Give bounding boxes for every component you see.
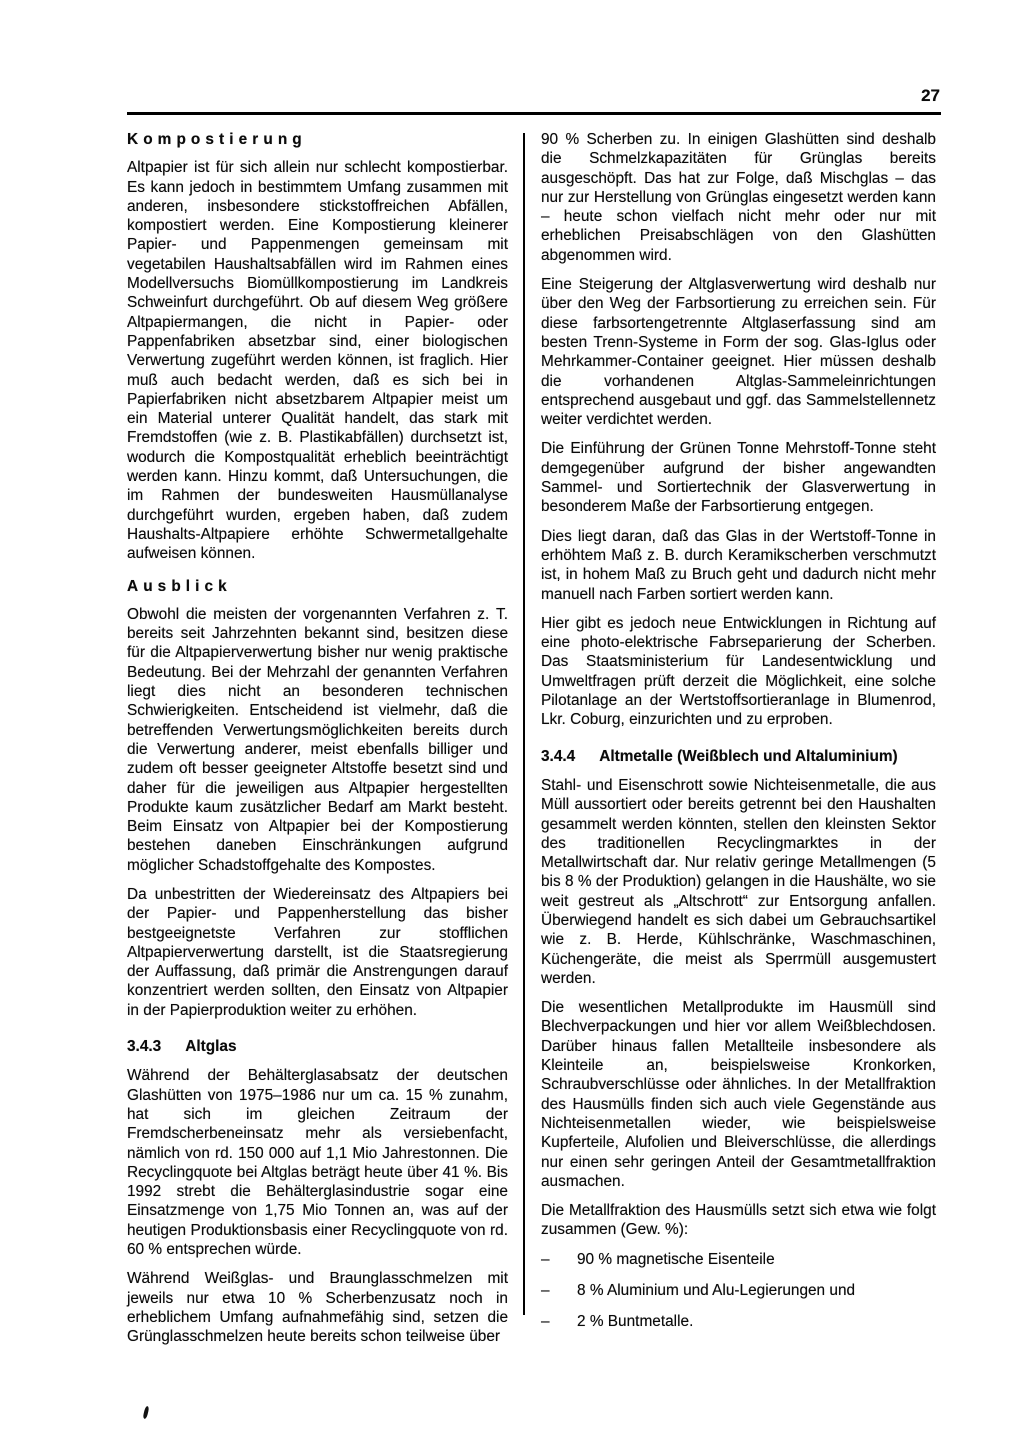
paragraph-wertstoff-tonne: Dies liegt daran, daß das Glas in der We…	[541, 527, 936, 604]
paragraph-altglas-2: Während Weißglas- und Braunglasschmelzen…	[127, 1269, 508, 1346]
paragraph-continuation: 90 % Scherben zu. In einigen Glashütten …	[541, 130, 936, 265]
header-rule	[127, 112, 941, 115]
section-heading-ausblick: Ausblick	[127, 577, 508, 596]
paragraph-pilotanlage: Hier gibt es jedoch neue Entwicklungen i…	[541, 614, 936, 730]
section-title: Altmetalle (Weißblech und Altaluminium)	[599, 748, 897, 765]
paragraph-altmetalle-1: Stahl- und Eisenschrott sowie Nichteisen…	[541, 776, 936, 988]
list-dash: –	[541, 1250, 550, 1269]
list-item: – 2 % Buntmetalle.	[541, 1312, 936, 1331]
paragraph-kompostierung-1: Altpapier ist für sich allein nur schlec…	[127, 158, 508, 563]
section-number: 3.4.3	[127, 1037, 161, 1056]
paragraph-altmetalle-3: Die Metallfraktion des Hausmülls setzt s…	[541, 1201, 936, 1240]
list-dash: –	[541, 1312, 550, 1331]
paragraph-altglas-1: Während der Behälterglasabsatz der deuts…	[127, 1066, 508, 1259]
left-column: Kompostierung Altpapier ist für sich all…	[127, 130, 508, 1357]
section-heading-kompostierung: Kompostierung	[127, 130, 508, 149]
right-column: 90 % Scherben zu. In einigen Glashütten …	[541, 130, 936, 1344]
scan-artifact	[142, 1406, 149, 1420]
list-item: – 90 % magnetische Eisenteile	[541, 1250, 936, 1269]
paragraph-farbsortierung: Eine Steigerung der Altglasverwertung wi…	[541, 275, 936, 429]
list-item-text: 8 % Aluminium und Alu-Legierungen und	[577, 1282, 855, 1299]
section-heading-altglas: 3.4.3Altglas	[127, 1037, 508, 1056]
paragraph-gruene-tonne: Die Einführung der Grünen Tonne Mehrstof…	[541, 439, 936, 516]
column-divider	[523, 133, 525, 1315]
document-page: 27 Kompostierung Altpapier ist für sich …	[0, 0, 1024, 1445]
section-number: 3.4.4	[541, 747, 575, 766]
paragraph-ausblick-1: Obwohl die meisten der vorgenannten Verf…	[127, 605, 508, 875]
page-number: 27	[921, 86, 940, 106]
section-heading-altmetalle: 3.4.4Altmetalle (Weißblech und Altalumin…	[541, 747, 936, 766]
list-item-text: 90 % magnetische Eisenteile	[577, 1251, 775, 1268]
section-title: Altglas	[185, 1038, 236, 1055]
paragraph-altmetalle-2: Die wesentlichen Metallprodukte im Hausm…	[541, 998, 936, 1191]
paragraph-ausblick-2: Da unbestritten der Wiedereinsatz des Al…	[127, 885, 508, 1020]
list-item-text: 2 % Buntmetalle.	[577, 1313, 693, 1330]
list-item: – 8 % Aluminium und Alu-Legierungen und	[541, 1281, 936, 1300]
list-dash: –	[541, 1281, 550, 1300]
